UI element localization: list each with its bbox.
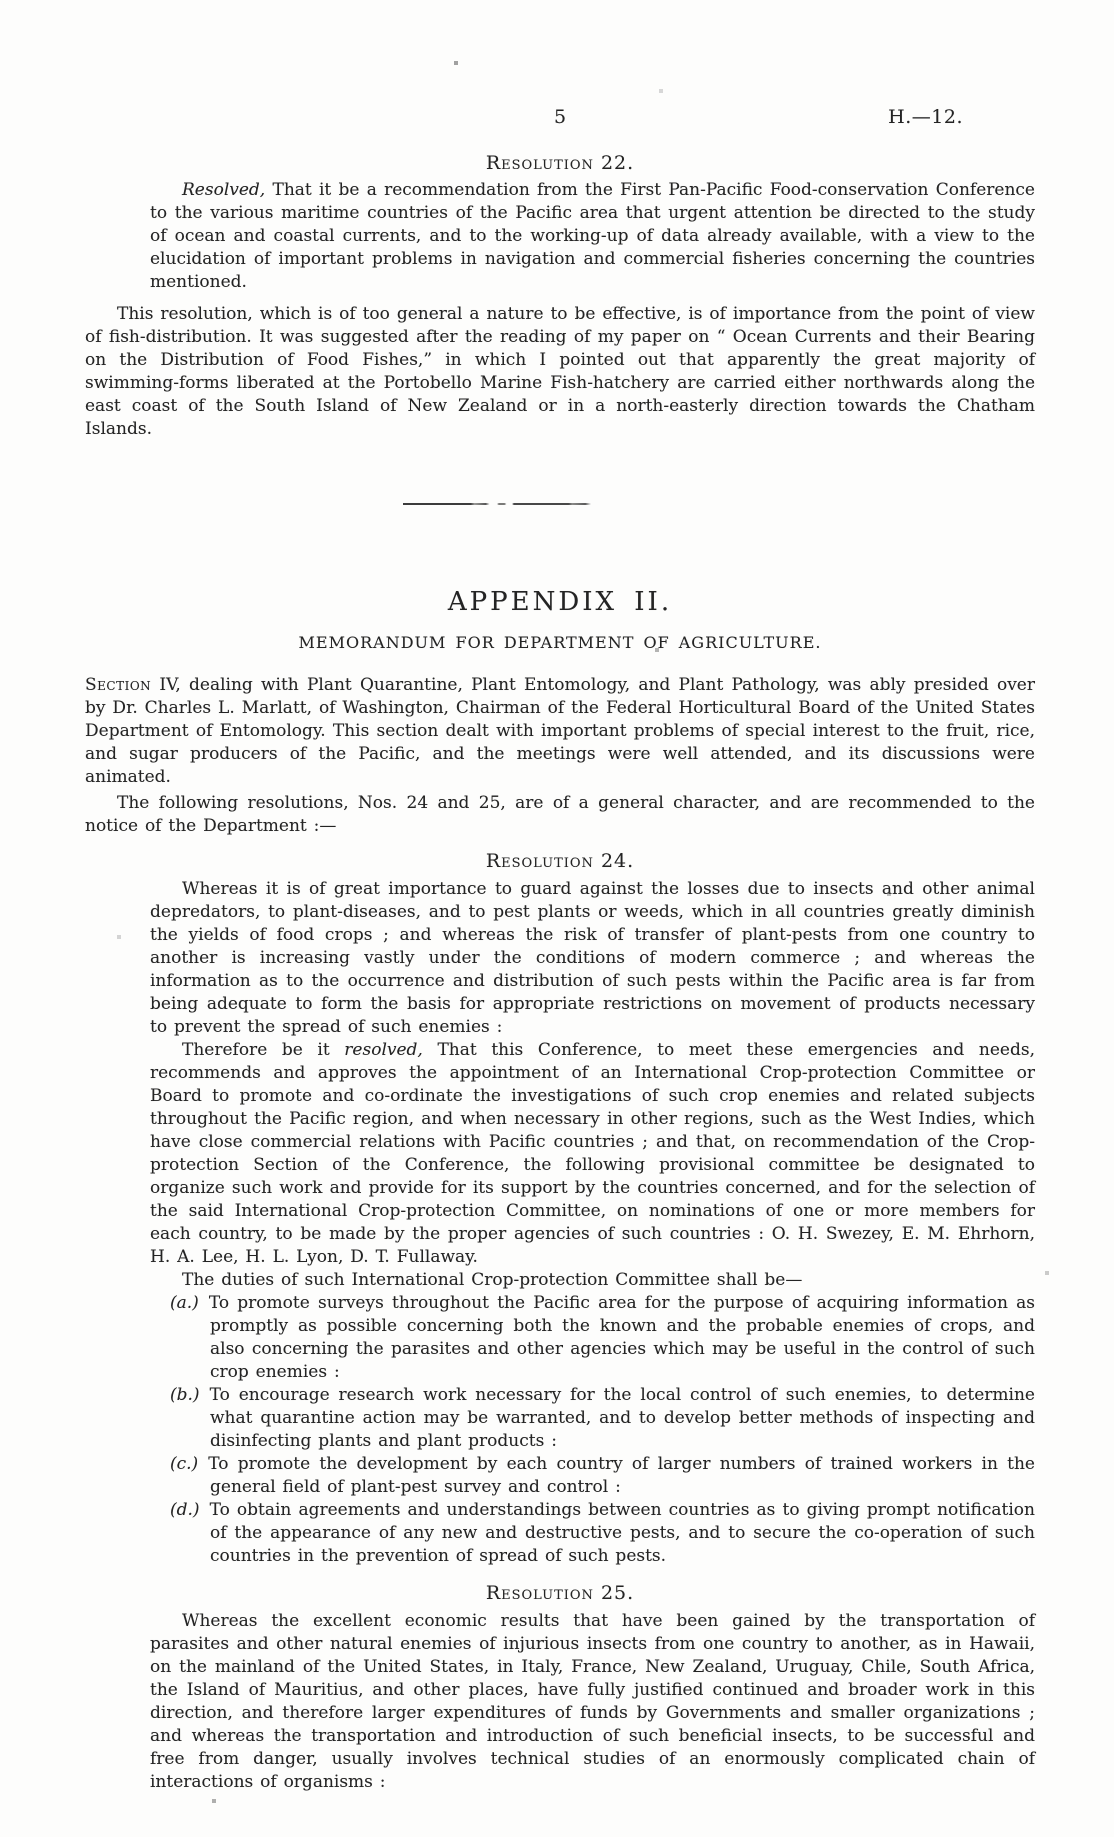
resolution-24-whereas: Whereas it is of great importance to gua… xyxy=(150,878,1035,1039)
duties-intro: The duties of such International Crop-pr… xyxy=(150,1269,1035,1292)
resolution-22-text: Resolved, That it be a recommendation fr… xyxy=(150,179,1035,294)
page-header: 5 H.—12. xyxy=(85,106,1035,132)
page-number: 5 xyxy=(554,106,566,128)
therefore-resolved: resolved, xyxy=(344,1040,423,1060)
duty-item-a: (a.)To promote surveys throughout the Pa… xyxy=(210,1292,1035,1384)
resolution-25-heading: Resolution 25. xyxy=(85,1582,1035,1604)
therefore-body: That this Conference, to meet these emer… xyxy=(150,1040,1035,1267)
scan-specks xyxy=(0,0,2,2)
duty-marker-c: (c.) xyxy=(170,1454,208,1474)
resolution-24-therefore: Therefore be it resolved, That this Conf… xyxy=(150,1039,1035,1269)
section-lead: Section xyxy=(85,675,151,695)
duty-marker-d: (d.) xyxy=(170,1500,210,1520)
duty-item-c: (c.)To promote the development by each c… xyxy=(210,1453,1035,1499)
duty-text-b: To encourage research work necessary for… xyxy=(210,1385,1035,1451)
resolution-22-heading: Resolution 22. xyxy=(85,152,1035,174)
duty-item-b: (b.)To encourage research work necessary… xyxy=(210,1384,1035,1453)
therefore-pre: Therefore be it xyxy=(182,1040,344,1060)
resolution-22-commentary: This resolution, which is of too general… xyxy=(85,303,1035,441)
resolution-25-whereas: Whereas the excellent economic results t… xyxy=(150,1610,1035,1794)
appendix-subtitle: MEMORANDUM FOR DEPARTMENT OF AGRICULTURE… xyxy=(85,633,1035,652)
following-resolutions-paragraph: The following resolutions, Nos. 24 and 2… xyxy=(85,792,1035,838)
appendix-section-paragraph: Section IV, dealing with Plant Quarantin… xyxy=(85,674,1035,789)
duty-text-a: To promote surveys throughout the Pacifi… xyxy=(209,1293,1035,1382)
section-divider xyxy=(403,503,591,505)
duty-item-d: (d.)To obtain agreements and understandi… xyxy=(210,1499,1035,1568)
resolution-24-heading: Resolution 24. xyxy=(85,850,1035,872)
duty-text-c: To promote the development by each count… xyxy=(208,1454,1035,1497)
duty-marker-b: (b.) xyxy=(170,1385,210,1405)
duty-marker-a: (a.) xyxy=(170,1293,209,1313)
resolved-body: That it be a recommendation from the Fir… xyxy=(150,180,1035,292)
duty-text-d: To obtain agreements and understandings … xyxy=(210,1500,1035,1566)
document-reference: H.—12. xyxy=(888,106,963,128)
document-page: 5 H.—12. Resolution 22. Resolved, That i… xyxy=(0,0,1114,1837)
appendix-title: APPENDIX II. xyxy=(85,587,1035,617)
section-body: IV, dealing with Plant Quarantine, Plant… xyxy=(85,675,1035,787)
resolved-lead: Resolved, xyxy=(182,180,265,200)
